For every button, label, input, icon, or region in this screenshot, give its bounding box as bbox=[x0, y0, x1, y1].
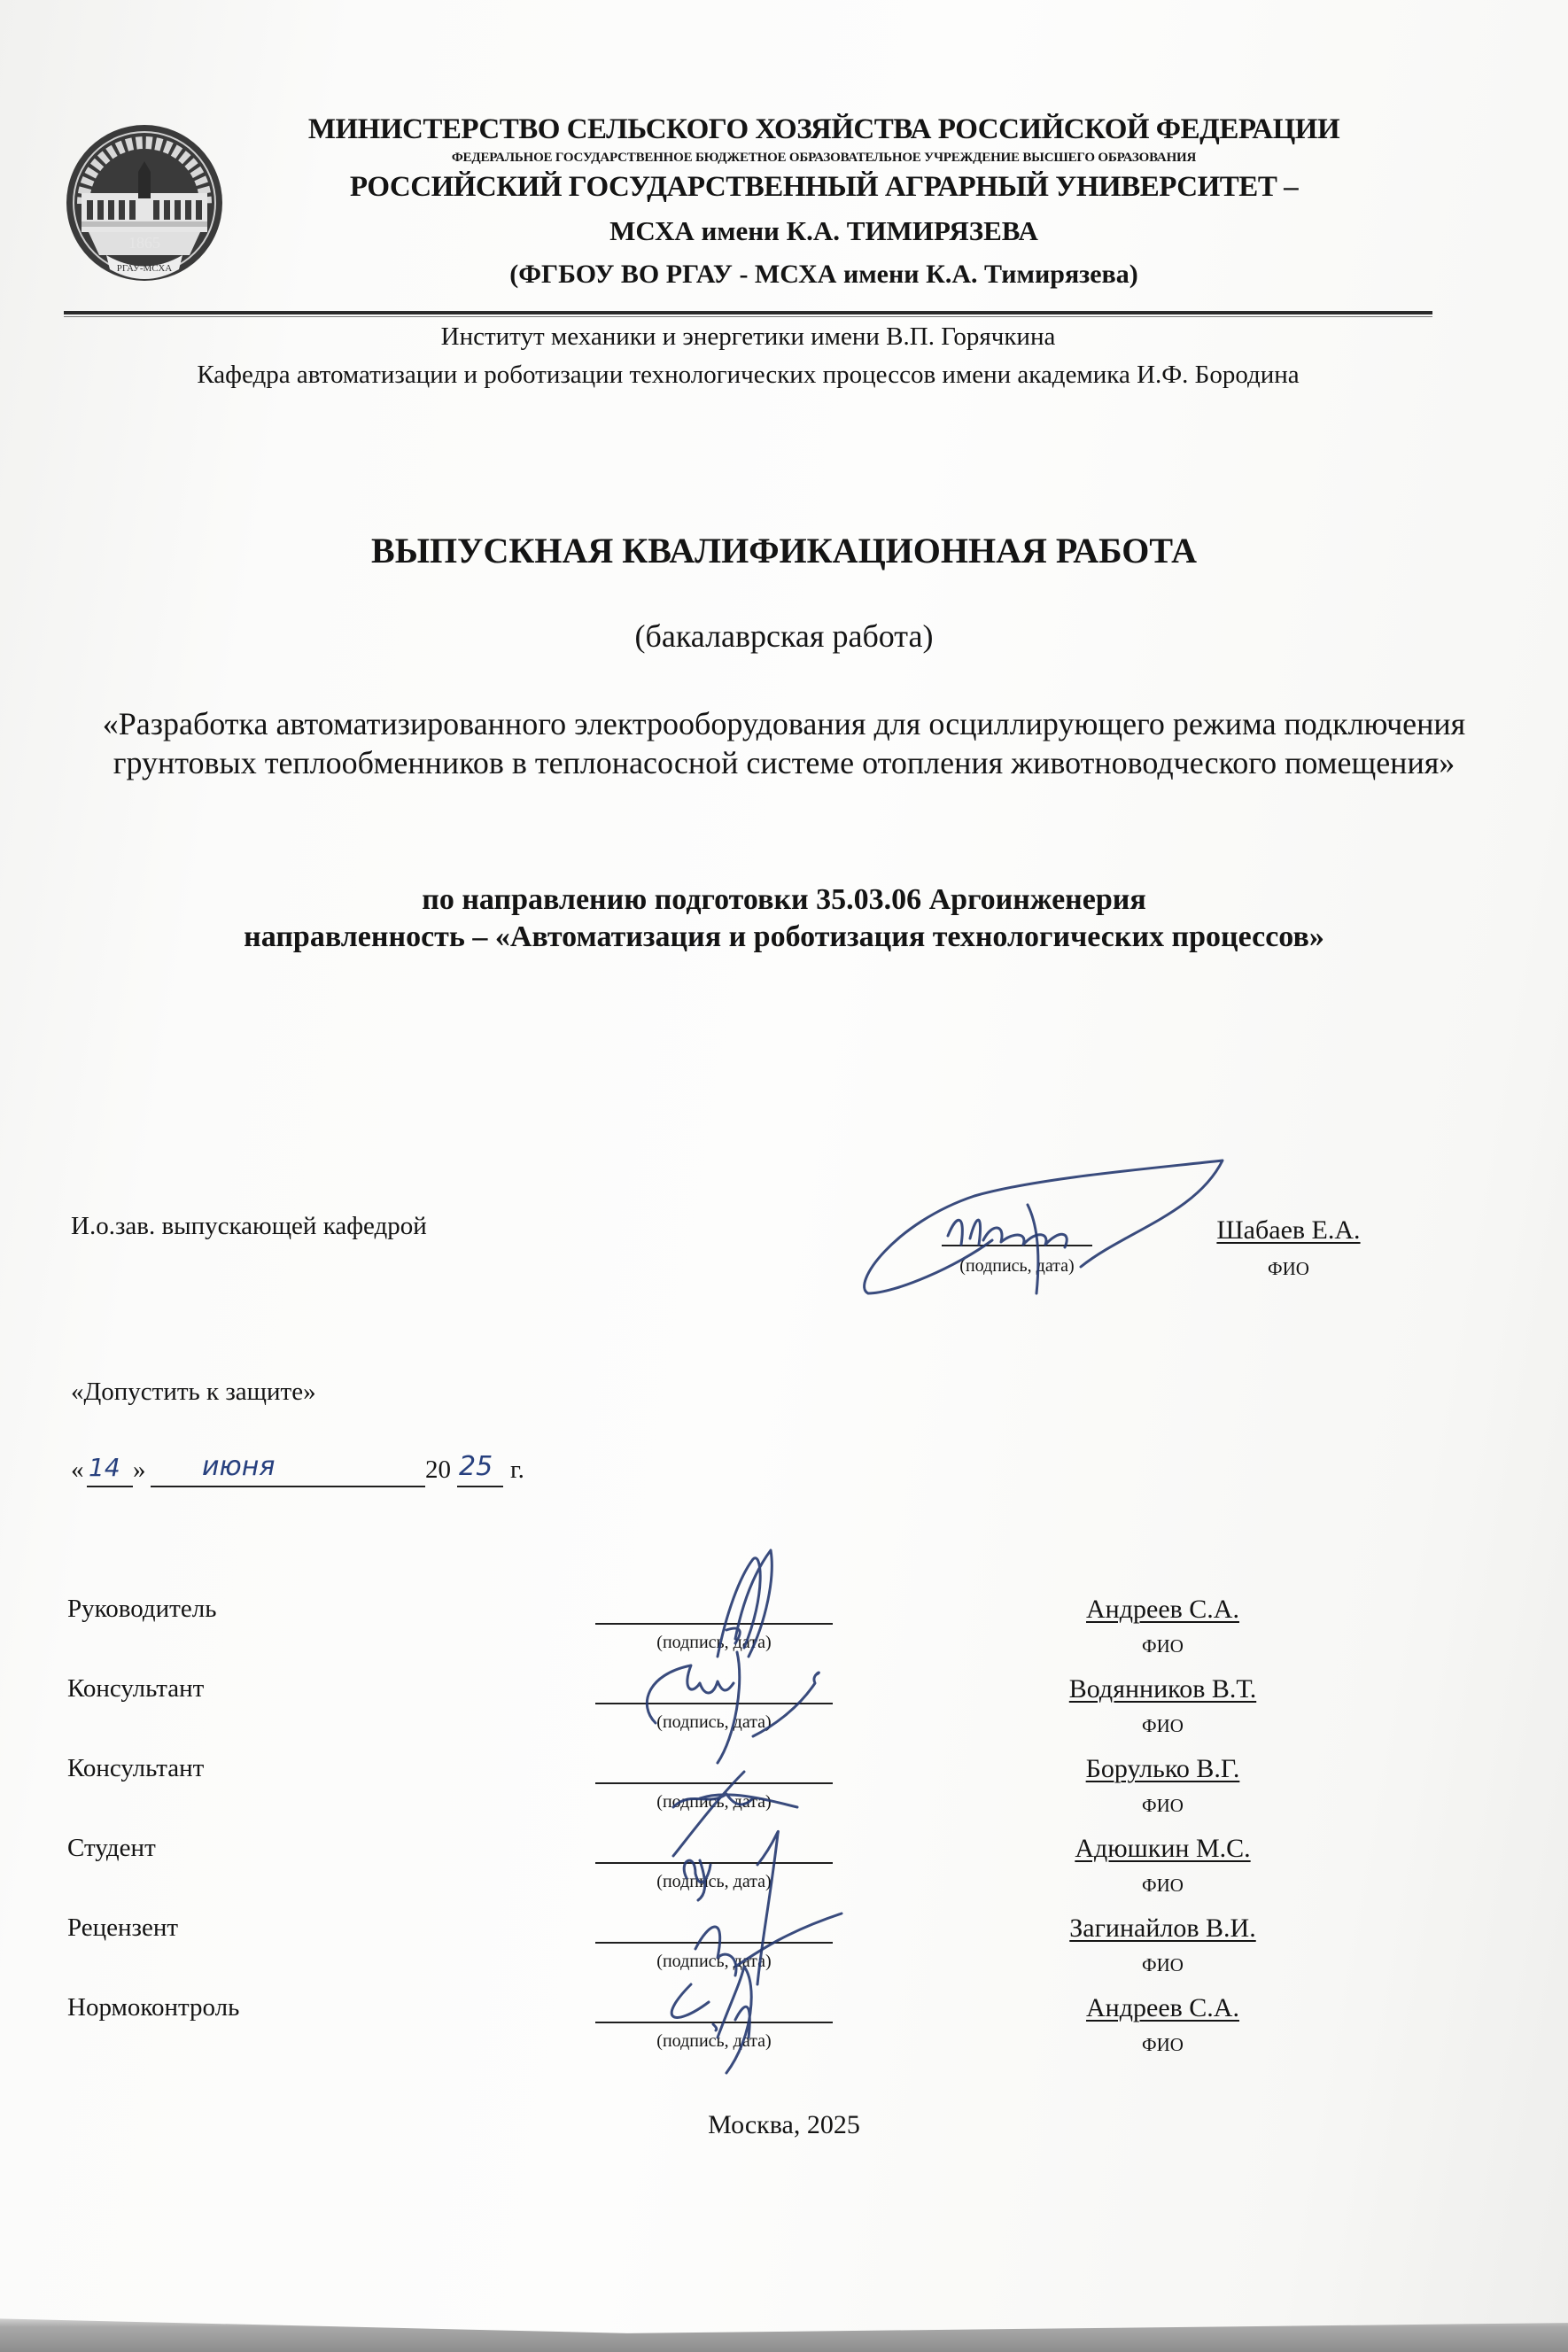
page-bottom-shadow bbox=[0, 2310, 1568, 2352]
ministry-name: МИНИСТЕРСТВО СЕЛЬСКОГО ХОЗЯЙСТВА РОССИЙС… bbox=[226, 113, 1422, 146]
signatory-name: Загинайлов В.И. bbox=[1045, 1913, 1280, 1944]
head-of-department-role: И.о.зав. выпускающей кафедрой bbox=[71, 1212, 427, 1241]
institution-type: ФЕДЕРАЛЬНОЕ ГОСУДАРСТВЕННОЕ БЮДЖЕТНОЕ ОБ… bbox=[226, 151, 1422, 166]
seal-year: 1865 bbox=[128, 234, 160, 252]
signatory-name-caption: ФИО bbox=[1045, 1715, 1280, 1737]
admission-close-quote: » bbox=[133, 1455, 146, 1485]
signatory-name-caption: ФИО bbox=[1045, 1795, 1280, 1817]
university-abbreviation: (ФГБОУ ВО РГАУ - МСХА имени К.А. Тимиряз… bbox=[226, 260, 1422, 290]
handwritten-signatures bbox=[585, 1541, 868, 2091]
city-year: Москва, 2025 bbox=[0, 2110, 1568, 2140]
study-direction: по направлению подготовки 35.03.06 Аргои… bbox=[89, 881, 1479, 956]
study-direction-focus: направленность – «Автоматизация и роботи… bbox=[89, 919, 1479, 956]
signatory-role: Рецензент bbox=[67, 1913, 178, 1943]
signatory-name-caption: ФИО bbox=[1045, 2034, 1280, 2056]
study-direction-code: по направлению подготовки 35.03.06 Аргои… bbox=[89, 881, 1479, 919]
signatory-role: Студент bbox=[67, 1834, 156, 1863]
signatory-role: Нормоконтроль bbox=[67, 1993, 239, 2022]
university-name-line2: МСХА имени К.А. ТИМИРЯЗЕВА bbox=[226, 215, 1422, 247]
admission-year-unit: г. bbox=[510, 1455, 524, 1485]
signatory-role: Руководитель bbox=[67, 1595, 216, 1624]
admission-year-suffix[interactable]: 25 bbox=[459, 1451, 493, 1482]
admission-label: «Допустить к защите» bbox=[71, 1378, 316, 1407]
document-title: ВЫПУСКНАЯ КВАЛИФИКАЦИОННАЯ РАБОТА bbox=[0, 530, 1568, 571]
signatory-name: Андреев С.А. bbox=[1045, 1993, 1280, 2023]
signatory-name: Адюшкин М.С. bbox=[1045, 1834, 1280, 1864]
admission-month[interactable]: июня bbox=[202, 1451, 275, 1482]
signatory-name-caption: ФИО bbox=[1045, 1875, 1280, 1897]
signatory-name: Борулько В.Г. bbox=[1045, 1754, 1280, 1784]
signatory-name: Водянников В.Т. bbox=[1045, 1674, 1280, 1704]
admission-day-line bbox=[87, 1486, 133, 1487]
thesis-topic: «Разработка автоматизированного электроо… bbox=[89, 704, 1479, 782]
admission-year-prefix: 20 bbox=[425, 1455, 451, 1485]
signatory-name-caption: ФИО bbox=[1045, 1954, 1280, 1976]
signatory-role: Консультант bbox=[67, 1754, 204, 1783]
header-divider-thin bbox=[64, 316, 1432, 317]
admission-month-line bbox=[151, 1486, 425, 1487]
university-seal-icon: 1865 РГАУ-МСХА bbox=[64, 122, 225, 283]
admission-day[interactable]: 14 bbox=[89, 1453, 120, 1482]
admission-year-line bbox=[457, 1486, 503, 1487]
admission-open-quote: « bbox=[71, 1455, 84, 1485]
document-subtitle: (бакалаврская работа) bbox=[0, 617, 1568, 655]
signatory-role: Консультант bbox=[67, 1674, 204, 1704]
header-divider bbox=[64, 311, 1432, 314]
university-name: РОССИЙСКИЙ ГОСУДАРСТВЕННЫЙ АГРАРНЫЙ УНИВ… bbox=[226, 171, 1422, 204]
document-page: 1865 РГАУ-МСХА МИНИСТЕРСТВО СЕЛЬСКОГО ХО… bbox=[0, 0, 1568, 2352]
signatory-name-caption: ФИО bbox=[1045, 1635, 1280, 1657]
institute-name: Институт механики и энергетики имени В.П… bbox=[64, 322, 1432, 352]
head-signature-handwritten bbox=[859, 1160, 1240, 1311]
department-name: Кафедра автоматизации и роботизации техн… bbox=[64, 361, 1432, 390]
seal-ribbon: РГАУ-МСХА bbox=[117, 263, 172, 274]
signatory-name: Андреев С.А. bbox=[1045, 1595, 1280, 1625]
